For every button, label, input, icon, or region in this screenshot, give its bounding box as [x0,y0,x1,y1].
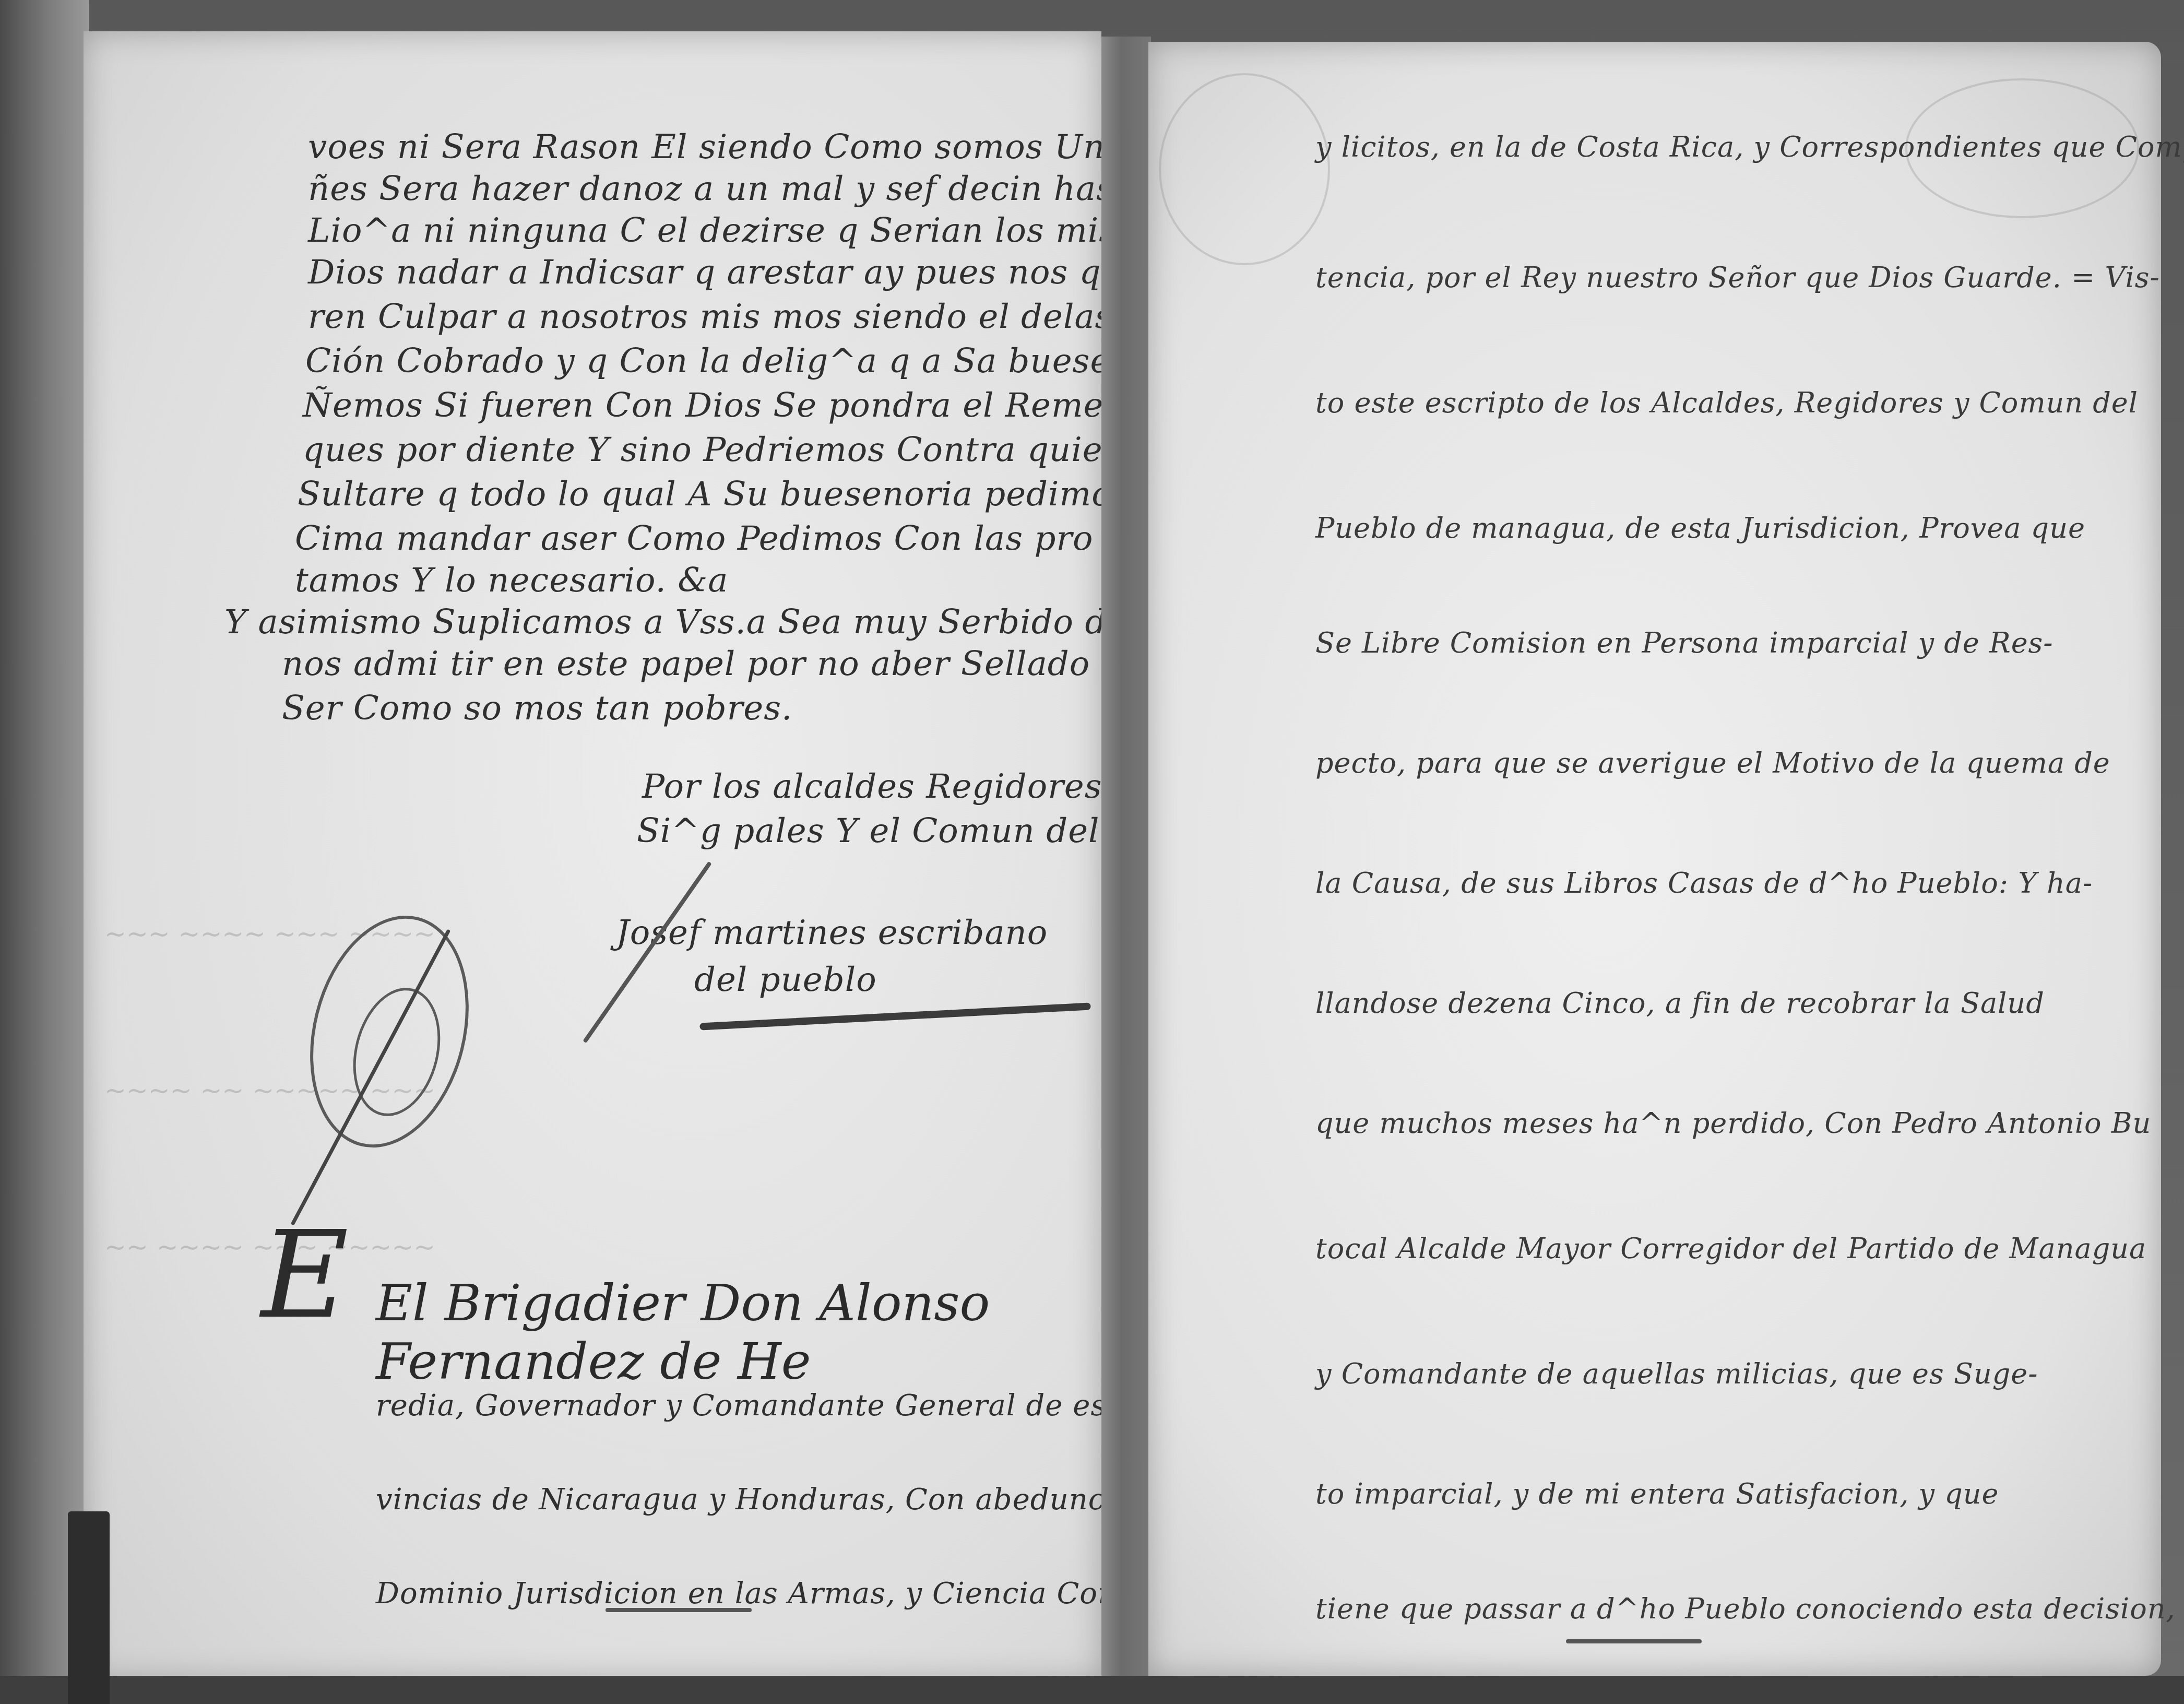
text-line: to imparcial, y de mi entera Satisfacion… [1315,1477,1999,1510]
text-line: Sultare q todo lo qual A Su buesenoria p… [298,475,1130,514]
line-flourish [1566,1639,1702,1643]
text-line: que muchos meses ha^n perdido, Con Pedro… [1315,1107,2151,1140]
faint-seal-watermark [1159,73,1330,265]
binding-clip [68,1511,110,1704]
text-line: Se Libre Comision en Persona imparcial y… [1315,626,2054,659]
text-line: nos admi tir en este papel por no aber S… [282,645,1090,683]
text-line: Pueblo de managua, de esta Jurisdicion, … [1315,512,2085,545]
text-line: tiene que passar a d^ho Pueblo conociend… [1315,1592,2176,1625]
right-page: y licitos, en la de Costa Rica, y Corres… [1148,42,2161,1676]
text-line: tamos Y lo necesario. &a [295,561,728,600]
text-line: la Causa, de sus Libros Casas de d^ho Pu… [1315,867,2093,900]
signature-line: Por los alcaldes Regidores [642,767,1102,806]
text-line: Dominio Jurisdicion en las Armas, y Cien… [376,1577,1203,1611]
text-line: llandose dezena Cinco, a fin de recobrar… [1315,987,2045,1020]
text-line: vincias de Nicaragua y Honduras, Con abe… [376,1483,1160,1517]
text-line: Y asimismo Suplicamos a Vss.a Sea muy Se… [224,603,1127,642]
line-flourish [606,1608,752,1612]
text-line: voes ni Sera Rason El siendo Como somos … [308,128,1177,167]
text-line: tencia, por el Rey nuestro Señor que Dio… [1315,261,2160,294]
text-line: Ñemos Si fueren Con Dios Se pondra el Re… [303,386,1157,425]
text-line: Dios nadar a Indicsar q arestar ay pues … [308,253,1134,292]
text-line: to este escripto de los Alcaldes, Regido… [1315,386,2138,419]
text-line: redia, Governador y Comandante General d… [376,1389,1225,1423]
text-line: Cima mandar aser Como Pedimos Con las pr… [295,519,1094,558]
signature-name: del pueblo [694,961,877,999]
text-line: pecto, para que se averigue el Motivo de… [1315,747,2110,779]
text-line: ques por diente Y sino Pedriemos Contra … [303,431,1125,469]
text-line: Lio^a ni ninguna C el dezirse q Serian l… [308,211,1198,250]
left-page: ~~~ ~~~~ ~~~ ~~~~ ~~~~ ~~ ~~~~~ ~~~ ~~ ~… [84,31,1101,1681]
text-line: tocal Alcalde Mayor Corregidor del Parti… [1315,1232,2146,1265]
text-line: y licitos, en la de Costa Rica, y Corres… [1315,131,2184,163]
text-line: Ser Como so mos tan pobres. [282,689,792,728]
signature-flourish [699,1002,1091,1030]
book-gutter [1101,37,1151,1704]
signature-name: Josef martines escribano [616,914,1048,952]
text-line: ren Culpar a nosotros mis mos siendo el … [308,298,1112,336]
decorative-initial: E [261,1206,349,1345]
signature-stroke [583,861,711,1044]
document-scan: ~~~ ~~~~ ~~~ ~~~~ ~~~~ ~~ ~~~~~ ~~~ ~~ ~… [0,0,2184,1704]
scan-left-edge [0,0,89,1704]
text-line: Ción Cobrado y q Con la delig^a q a Sa b… [305,342,1218,381]
decree-heading: El Brigadier Don Alonso Fernandez de He [376,1274,1101,1391]
text-line: ñes Sera hazer danoz a un mal y sef deci… [308,170,1189,208]
text-line: y Comandante de aquellas milicias, que e… [1315,1357,2038,1390]
scan-bottom-edge [0,1676,2184,1704]
